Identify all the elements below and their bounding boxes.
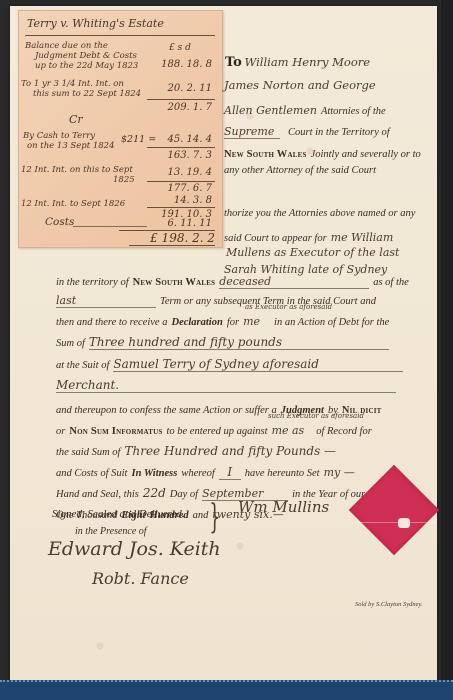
entry-amount: 13. 19. 4 (152, 167, 212, 178)
address-line-4: Supreme Court in the Territory of (224, 122, 390, 140)
legal-term: Non Sum Informatus (69, 426, 162, 437)
brace-icon: } (209, 500, 220, 534)
printed-text: to be entered up against (166, 426, 267, 437)
frame-edge (441, 0, 453, 682)
account-slip: Terry v. Whiting's Estate Balance due on… (18, 10, 223, 248)
day-value: 22d (143, 486, 166, 500)
entry-text: To 1 yr 3 1/4 Int. Int. on (21, 79, 124, 89)
printed-text: then and there to receive a (56, 317, 167, 328)
executor-line: Mullens as Executor of the last (226, 246, 399, 259)
colony-name: New South Wales (133, 277, 216, 288)
possessive: my — (324, 466, 355, 479)
printed-text: for (227, 317, 239, 328)
sum-repeat-line: the said Sum of Three Hundred and fifty … (56, 442, 336, 460)
plaintiff-name: Samuel Terry of Sydney aforesaid (113, 357, 403, 372)
printed-text: the said Sum of (56, 447, 120, 458)
printed-text: of Record for (316, 426, 372, 437)
entry-text: By Cash to Terry (23, 131, 95, 141)
entry-text: Balance due on the (25, 41, 108, 51)
principal-signature: Wm Mullins (238, 498, 329, 516)
record-line: or Non Sum Informatus to be entered up a… (56, 421, 372, 439)
printed-text: Declaration (171, 317, 222, 328)
territory-line: in the territory of New South Wales dece… (56, 272, 409, 290)
entry-text: Judgment Debt & Costs (35, 51, 137, 61)
witness-signature-1: Edward Jos. Keith (48, 538, 221, 560)
printed-text: said Court to appear for (224, 233, 327, 244)
grantor-name: me William (331, 231, 394, 244)
first-person: I (219, 465, 241, 480)
subtotal: 177. 6. 7 (152, 183, 212, 194)
presence-label: in the Presence of (75, 526, 147, 537)
authority-line: said Court to appear for me William (224, 228, 393, 246)
printed-text: thorize you the Attornies above named or… (224, 208, 415, 219)
currency-header: £ s d (169, 43, 191, 53)
occupation-line: Merchant. (56, 376, 396, 394)
addressee-title: Allen Gentlemen (224, 104, 317, 117)
sum-amount: Three Hundred and fifty Pounds — (124, 444, 336, 458)
frame-mat (0, 680, 453, 700)
entry-amount: 14. 3. 8 (152, 195, 212, 206)
slip-title: Terry v. Whiting's Estate (27, 17, 164, 30)
printed-text: whereof (181, 468, 214, 479)
interlinear-note: such Executor as aforesaid (268, 412, 364, 420)
entry-text: on the 13 Sept 1824 (27, 141, 114, 151)
dollar-note: $211 = (121, 134, 156, 145)
court-name: Supreme (224, 125, 280, 139)
interlinear-note: as Executor as aforesaid (245, 303, 332, 311)
printed-text: have hereunto Set (245, 468, 320, 479)
sum-rule (147, 147, 215, 148)
addressee-names: William Henry Moore (244, 55, 370, 69)
printed-text: Day of (170, 489, 198, 500)
colony-name: New South Wales (224, 149, 307, 160)
entry-amount: 188. 18. 8 (152, 59, 212, 70)
grand-total: £ 198. 2. 2 (127, 231, 215, 245)
sum-amount: Three hundred and fifty pounds (89, 335, 389, 350)
addressee-names: James Norton and George (224, 78, 376, 92)
seal-fold (358, 522, 436, 523)
address-line-1: To William Henry Moore (225, 55, 370, 70)
printed-text: in the territory of (56, 277, 129, 288)
witness-signature-2: Robt. Fance (92, 569, 189, 588)
printed-text: Jointly and severally or to (311, 149, 421, 160)
entry-amount: 20. 2. 11 (152, 83, 212, 94)
declaration-line: then and there to receive a Declaration … (56, 312, 389, 330)
printer-imprint: Sold by S.Clayton Sydney. (355, 601, 423, 608)
printed-text: and thereupon to confess the same Action… (56, 405, 277, 416)
sum-rule (147, 181, 215, 182)
party-reference: me (243, 315, 260, 328)
printed-text: and Costs of Suit (56, 468, 127, 479)
printed-text: in an Action of Debt for the (274, 317, 389, 328)
subtotal: 209. 1. 7 (152, 102, 212, 113)
sum-line: Sum of Three hundred and fifty pounds (56, 333, 389, 351)
entry-text: this sum to 22 Sept 1824 (33, 89, 141, 99)
printed-text: or (56, 426, 65, 437)
printed-text: Sum of (56, 338, 85, 349)
sum-rule (147, 99, 215, 100)
printed-text: any other Attorney of the said Court (224, 165, 376, 176)
printed-text: at the Suit of (56, 360, 109, 371)
printed-text: Attornies of the (321, 106, 386, 117)
suit-line: at the Suit of Samuel Terry of Sydney af… (56, 355, 403, 373)
witness-line: and Costs of Suit In Witness whereof I h… (56, 463, 355, 481)
entry-text: 12 Int. Int. on this to Sept (21, 165, 133, 175)
deceased-status: deceased (219, 275, 369, 289)
address-line-5: New South Wales Jointly and severally or… (224, 144, 421, 162)
printed-text: and (193, 510, 209, 521)
printed-text: Hand and Seal, this (56, 489, 139, 500)
seal-hole (398, 518, 410, 528)
printed-text: In Witness (131, 468, 177, 479)
total-rule (129, 245, 215, 246)
printed-text: Court in the Territory of (288, 127, 390, 138)
signed-sealed-label: Signed, Sealed and Delivered. (52, 508, 184, 520)
date-line: Hand and Seal, this 22d Day of September… (56, 484, 388, 502)
costs-label: Costs (45, 216, 74, 228)
subtotal: 163. 7. 3 (152, 150, 212, 161)
entry-text: 1825 (113, 175, 135, 185)
costs-leader (73, 226, 147, 227)
title-rule (25, 35, 215, 36)
entry-text: 12 Int. Int. to Sept 1826 (21, 199, 125, 209)
term-value: last (56, 294, 156, 308)
entry-text: up to the 22d May 1823 (35, 61, 138, 71)
address-line-3: Allen Gentlemen Attornies of the (224, 101, 386, 119)
printed-text: as of the (373, 277, 409, 288)
entry-amount: 45. 14. 4 (152, 134, 212, 145)
sum-rule (147, 207, 215, 208)
plaintiff-occupation: Merchant. (56, 378, 396, 393)
credit-label: Cr (69, 113, 83, 126)
party-reference: me as (272, 424, 305, 437)
entry-amount: 6. 11. 11 (152, 218, 212, 229)
to-prefix: To (225, 55, 242, 70)
